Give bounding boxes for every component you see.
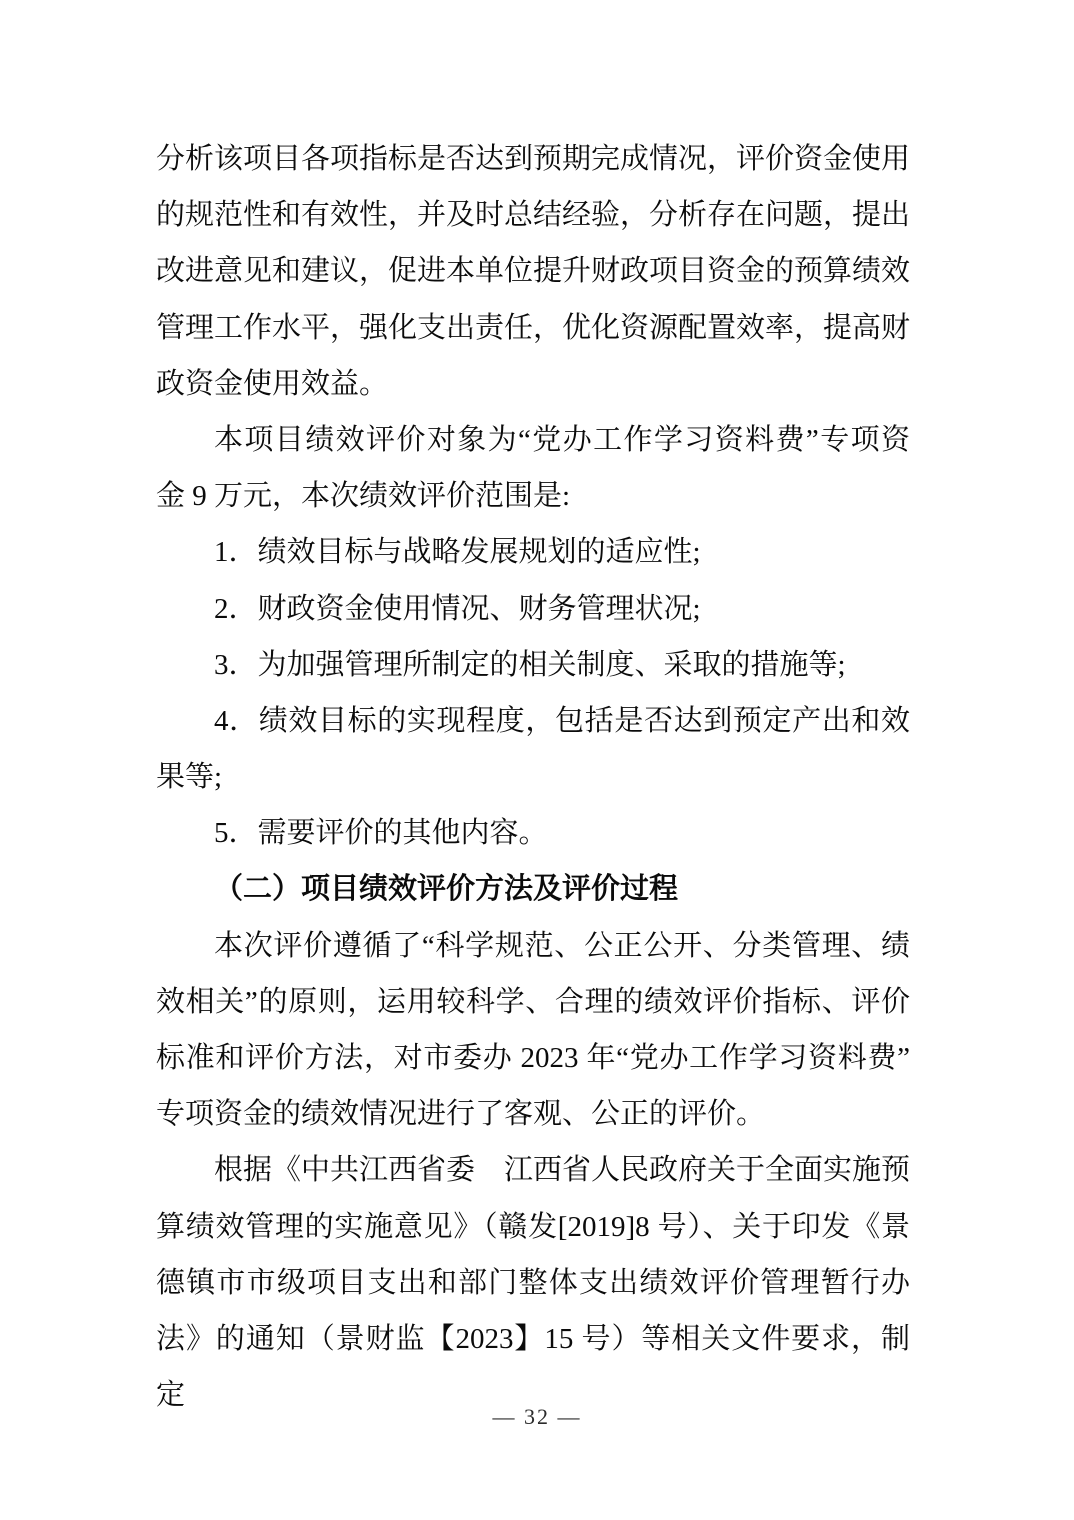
text-line: 专项资金的绩效情况进行了客观、公正的评价。	[156, 1086, 910, 1142]
document-page: 分析该项目各项指标是否达到预期完成情况，评价资金使用的规范性和有效性，并及时总结…	[0, 0, 1074, 1520]
text-line: 分析该项目各项指标是否达到预期完成情况，评价资金使用	[156, 131, 910, 187]
text-line: 算绩效管理的实施意见》（赣发[2019]8 号）、关于印发《景	[156, 1199, 910, 1255]
section-heading: （二）项目绩效评价方法及评价过程	[156, 861, 910, 917]
document-body: 分析该项目各项指标是否达到预期完成情况，评价资金使用的规范性和有效性，并及时总结…	[156, 131, 910, 1367]
text-line: 金 9 万元，本次绩效评价范围是:	[156, 468, 910, 524]
text-line: 效相关”的原则，运用较科学、合理的绩效评价指标、评价	[156, 974, 910, 1030]
text-line: 德镇市市级项目支出和部门整体支出绩效评价管理暂行办	[156, 1255, 910, 1311]
text-line: 果等;	[156, 749, 910, 805]
text-line: 标准和评价方法，对市委办 2023 年“党办工作学习资料费”	[156, 1030, 910, 1086]
text-line: 4．绩效目标的实现程度，包括是否达到预定产出和效	[156, 693, 910, 749]
text-line: 2．财政资金使用情况、财务管理状况;	[156, 581, 910, 637]
text-line: 本次评价遵循了“科学规范、公正公开、分类管理、绩	[156, 918, 910, 974]
text-line: 5．需要评价的其他内容。	[156, 805, 910, 861]
text-line: 法》的通知（景财监【2023】15 号）等相关文件要求，制定	[156, 1311, 910, 1367]
text-line: 3．为加强管理所制定的相关制度、采取的措施等;	[156, 637, 910, 693]
text-line: 根据《中共江西省委 江西省人民政府关于全面实施预	[156, 1142, 910, 1198]
text-line: 的规范性和有效性，并及时总结经验，分析存在问题，提出	[156, 187, 910, 243]
text-line: 本项目绩效评价对象为“党办工作学习资料费”专项资	[156, 412, 910, 468]
text-line: 管理工作水平，强化支出责任，优化资源配置效率，提高财	[156, 300, 910, 356]
text-line: 改进意见和建议，促进本单位提升财政项目资金的预算绩效	[156, 243, 910, 299]
page-number: — 32 —	[0, 1402, 1074, 1432]
text-line: 1．绩效目标与战略发展规划的适应性;	[156, 524, 910, 580]
text-line: 政资金使用效益。	[156, 356, 910, 412]
